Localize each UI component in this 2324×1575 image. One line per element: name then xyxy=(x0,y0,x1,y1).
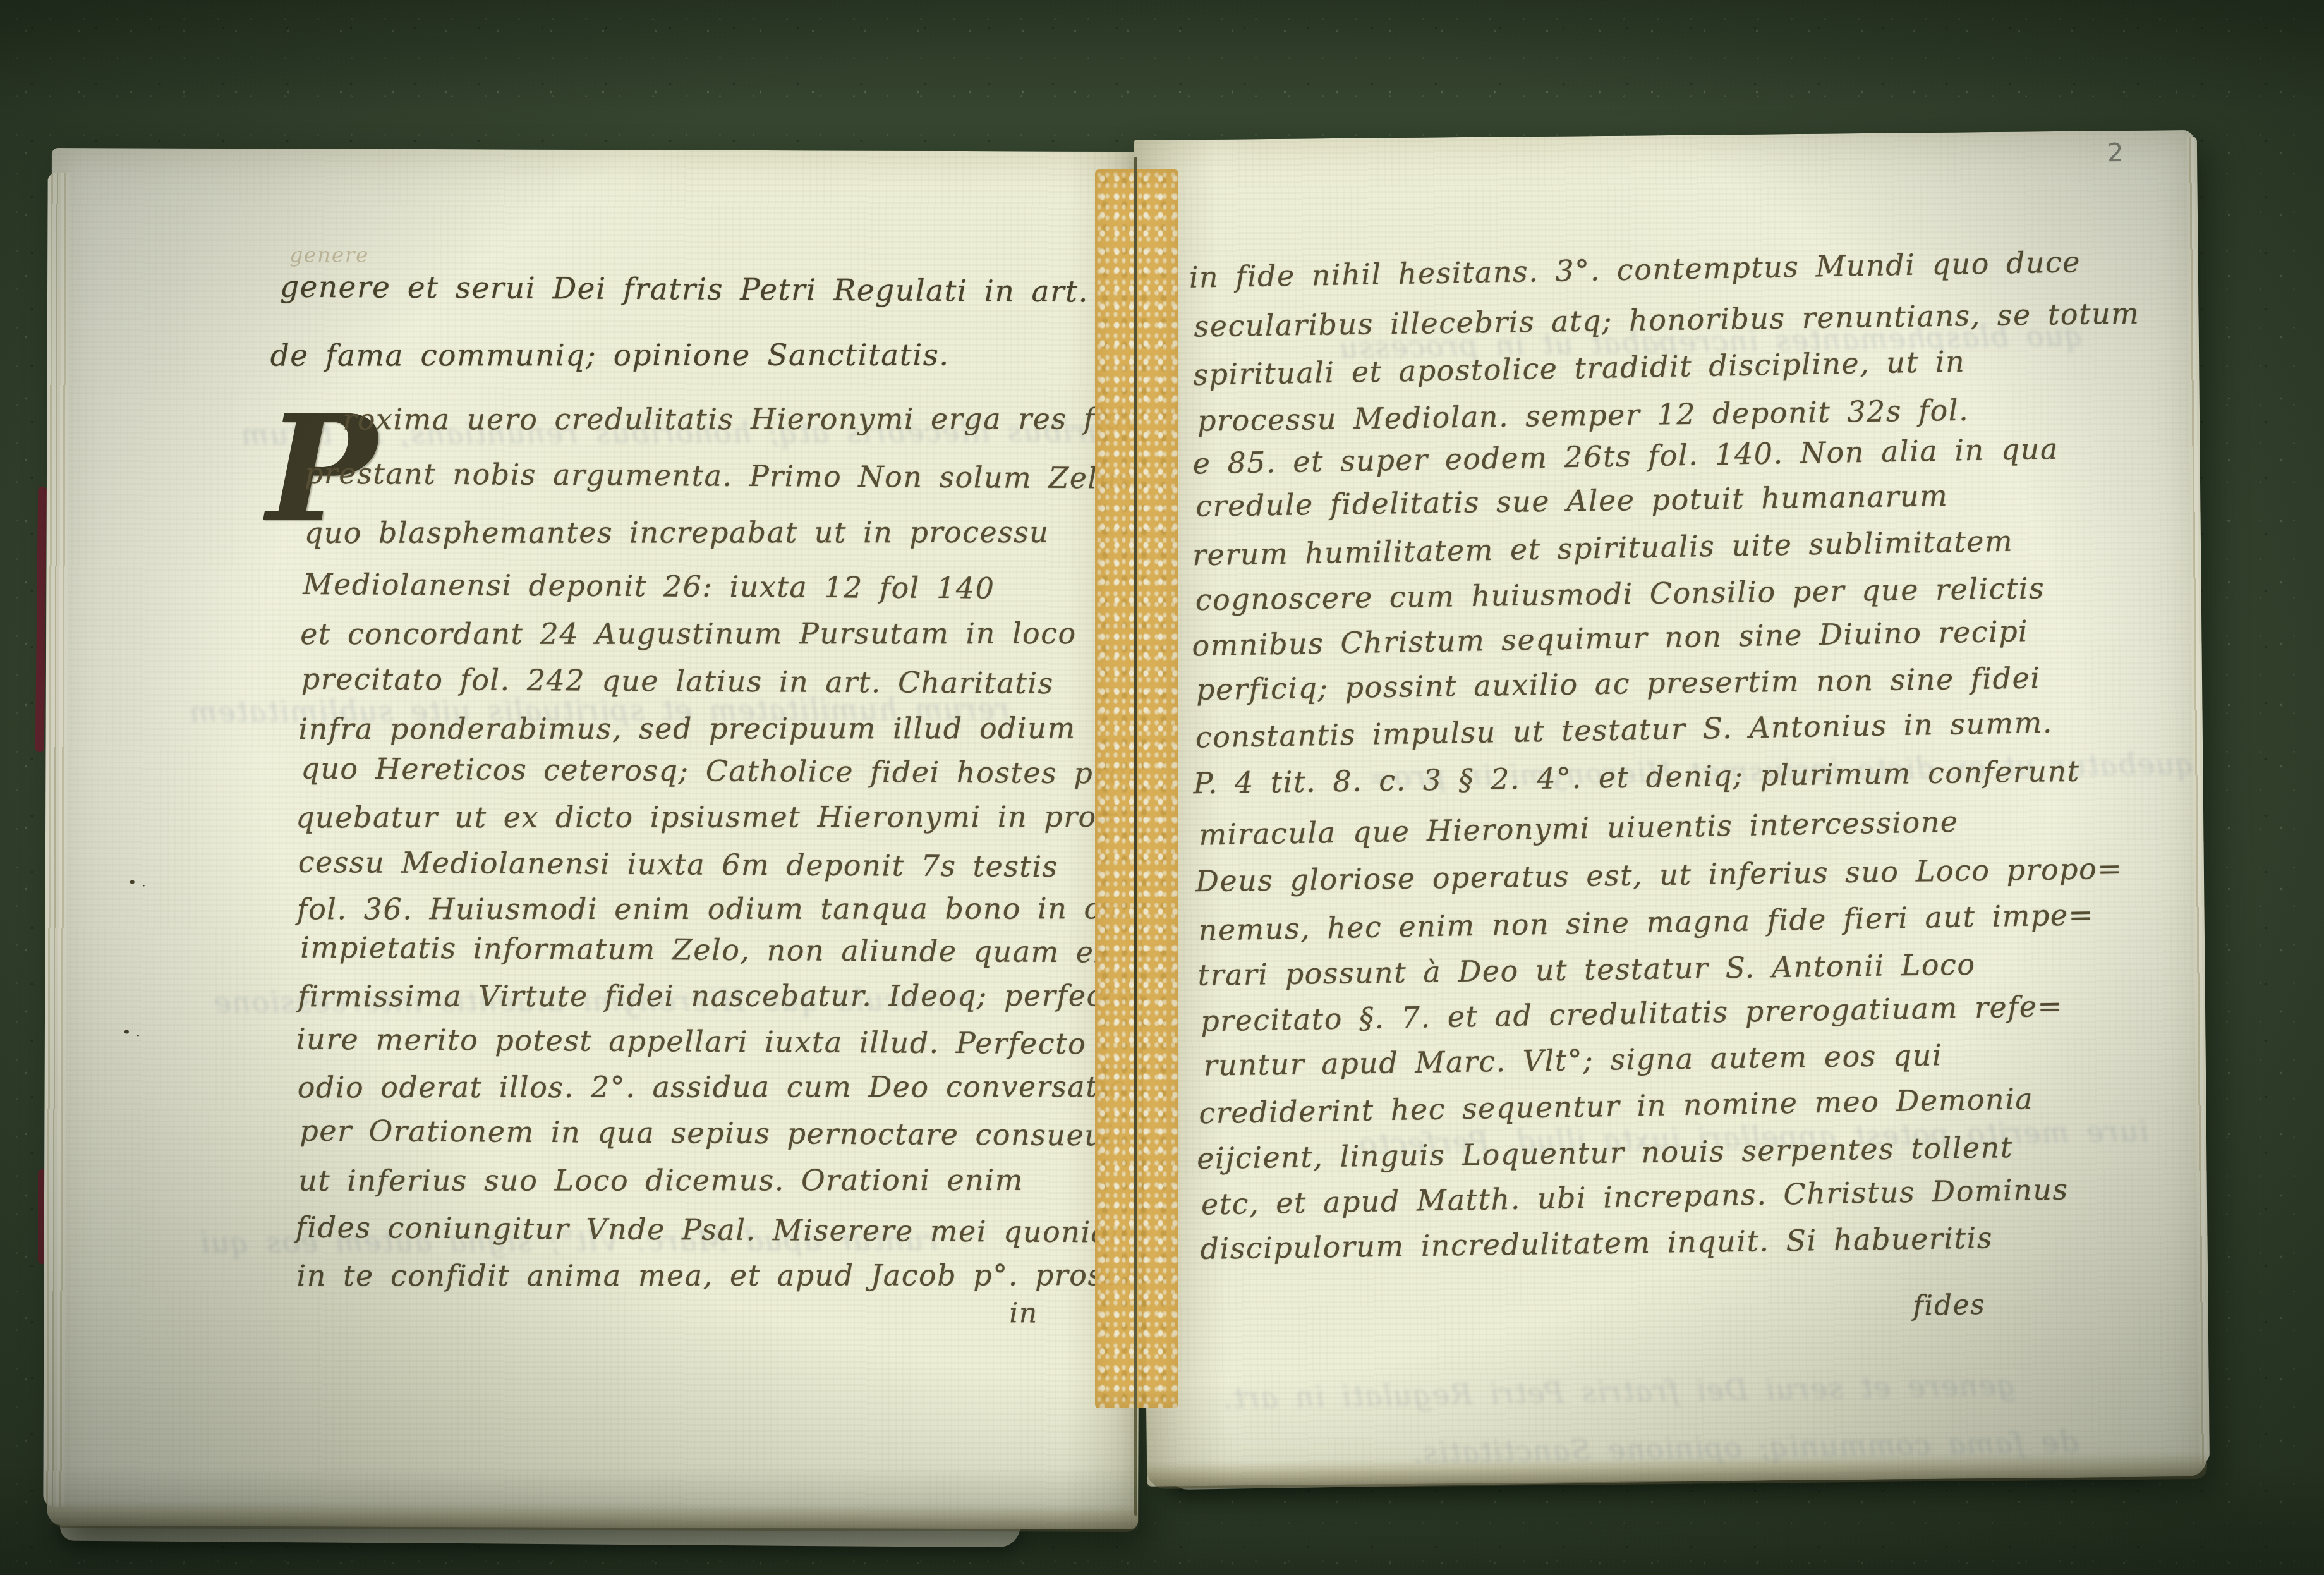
manuscript-line: discipulorum incredulitatem inquit. Si h… xyxy=(1200,1220,1993,1266)
manuscript-line: impietatis informatum Zelo, non aliunde … xyxy=(300,930,1111,970)
ink-speck xyxy=(124,1030,129,1033)
left-page: secularibus illecebris atq; honoribus re… xyxy=(47,148,1143,1529)
manuscript-line: fides coniungitur Vnde Psal. Miserere me… xyxy=(296,1210,1138,1250)
manuscript-line: et concordant 24 Augustinum Pursutam in … xyxy=(300,616,1077,651)
manuscript-line: credule fidelitatis sue Alee potuit huma… xyxy=(1195,478,1949,523)
binding-crease xyxy=(1134,157,1137,1516)
photographed-manuscript-scene: secularibus illecebris atq; honoribus re… xyxy=(0,0,2324,1575)
manuscript-line: processu Mediolan. semper 12 deponit 32s… xyxy=(1197,393,1970,438)
spine-ribbon xyxy=(35,487,47,752)
manuscript-line: infra ponderabimus, sed precipuum illud … xyxy=(299,711,1076,746)
manuscript-line: eijcient, linguis Loquentur nouis serpen… xyxy=(1197,1130,2013,1176)
manuscript-line: ut inferius suo Loco dicemus. Orationi e… xyxy=(298,1163,1024,1198)
page-stack-edge xyxy=(43,173,69,1507)
manuscript-line: Deus gloriose operatus est, ut inferius … xyxy=(1195,851,2123,898)
folio-number: 2 xyxy=(2107,138,2124,167)
manuscript-line: trari possunt à Deo ut testatur S. Anton… xyxy=(1197,947,1976,992)
page-stack-edge xyxy=(2187,137,2210,1464)
manuscript-line: quo Hereticos ceterosq; Catholice fidei … xyxy=(301,751,1186,791)
manuscript-line: fol. 36. Huiusmodi enim odium tanqua bon… xyxy=(297,891,1173,926)
manuscript-line: nemus, hec enim non sine magna fide fier… xyxy=(1198,897,2094,947)
ink-speck xyxy=(130,880,135,884)
manuscript-line: miracula que Hieronymi uiuentis interces… xyxy=(1199,805,1959,852)
manuscript-line: cessu Mediolanensi iuxta 6m deponit 7s t… xyxy=(298,845,1058,884)
manuscript-line: precitato §. 7. et ad credulitatis prero… xyxy=(1201,989,2063,1038)
manuscript-line: etc, et apud Matth. ubi increpans. Chris… xyxy=(1201,1172,2069,1222)
manuscript-line: spirituali et apostolice tradidit discip… xyxy=(1193,344,1966,392)
manuscript-line: iure merito potest appellari iuxta illud… xyxy=(296,1022,1087,1061)
manuscript-line: odio oderat illos. 2°. assidua cum Deo c… xyxy=(298,1069,1127,1104)
manuscript-line: in fide nihil hesitans. 3°. contemptus M… xyxy=(1189,245,2081,295)
manuscript-line: Mediolanensi deponit 26: iuxta 12 fol 14… xyxy=(303,567,995,605)
deckle-edge xyxy=(47,1502,1138,1532)
manuscript-line: P. 4 tit. 8. c. 3 § 2. 4°. et deniq; plu… xyxy=(1193,754,2080,801)
manuscript-line: in te confidit anima mea, et apud Jacob … xyxy=(297,1258,1168,1292)
manuscript-line: firmissima Virtute fidei nascebatur. Ide… xyxy=(298,978,1135,1013)
faint-top-note: genere xyxy=(289,242,369,267)
right-page: quo blasphemantes increpabat ut in proce… xyxy=(1134,130,2207,1487)
manuscript-line: perficiq; possint auxilio ac presertim n… xyxy=(1196,660,2041,707)
catchword: in xyxy=(1009,1297,1038,1329)
manuscript-line: per Orationem in qua sepius pernoctare c… xyxy=(300,1114,1127,1153)
manuscript-line: runtur apud Marc. Vlt°; signa autem eos … xyxy=(1203,1038,1942,1082)
manuscript-line: omnibus Christum sequimur non sine Diuin… xyxy=(1192,614,2029,662)
manuscript-line: rerum humilitatem et spiritualis uite su… xyxy=(1192,524,2014,573)
bleedthrough-text: genere et serui Dei fratris Petri Regula… xyxy=(1221,1368,2016,1415)
heading-line: genere et serui Dei fratris Petri Regula… xyxy=(280,270,1089,310)
manuscript-line: precitato fol. 242 que latius in art. Ch… xyxy=(301,662,1054,700)
manuscript-line: e 85. et super eodem 26ts fol. 140. Non … xyxy=(1192,432,2059,481)
heading-line: de fama communiq; opinione Sanctitatis. xyxy=(270,338,950,374)
manuscript-line: roxima uero credulitatis Hieronymi erga … xyxy=(342,401,1153,436)
manuscript-line: cognoscere cum huiusmodi Consilio per qu… xyxy=(1195,571,2045,617)
manuscript-line: quebatur ut ex dicto ipsiusmet Hieronymi… xyxy=(296,800,1122,834)
manuscript-line: quo blasphemantes increpabat ut in proce… xyxy=(305,515,1050,550)
manuscript-line: prestant nobis argumenta. Primo Non solu… xyxy=(305,456,1134,496)
catchword: fides xyxy=(1913,1289,1986,1322)
manuscript-line: constantis impulsu ut testatur S. Antoni… xyxy=(1195,705,2053,755)
